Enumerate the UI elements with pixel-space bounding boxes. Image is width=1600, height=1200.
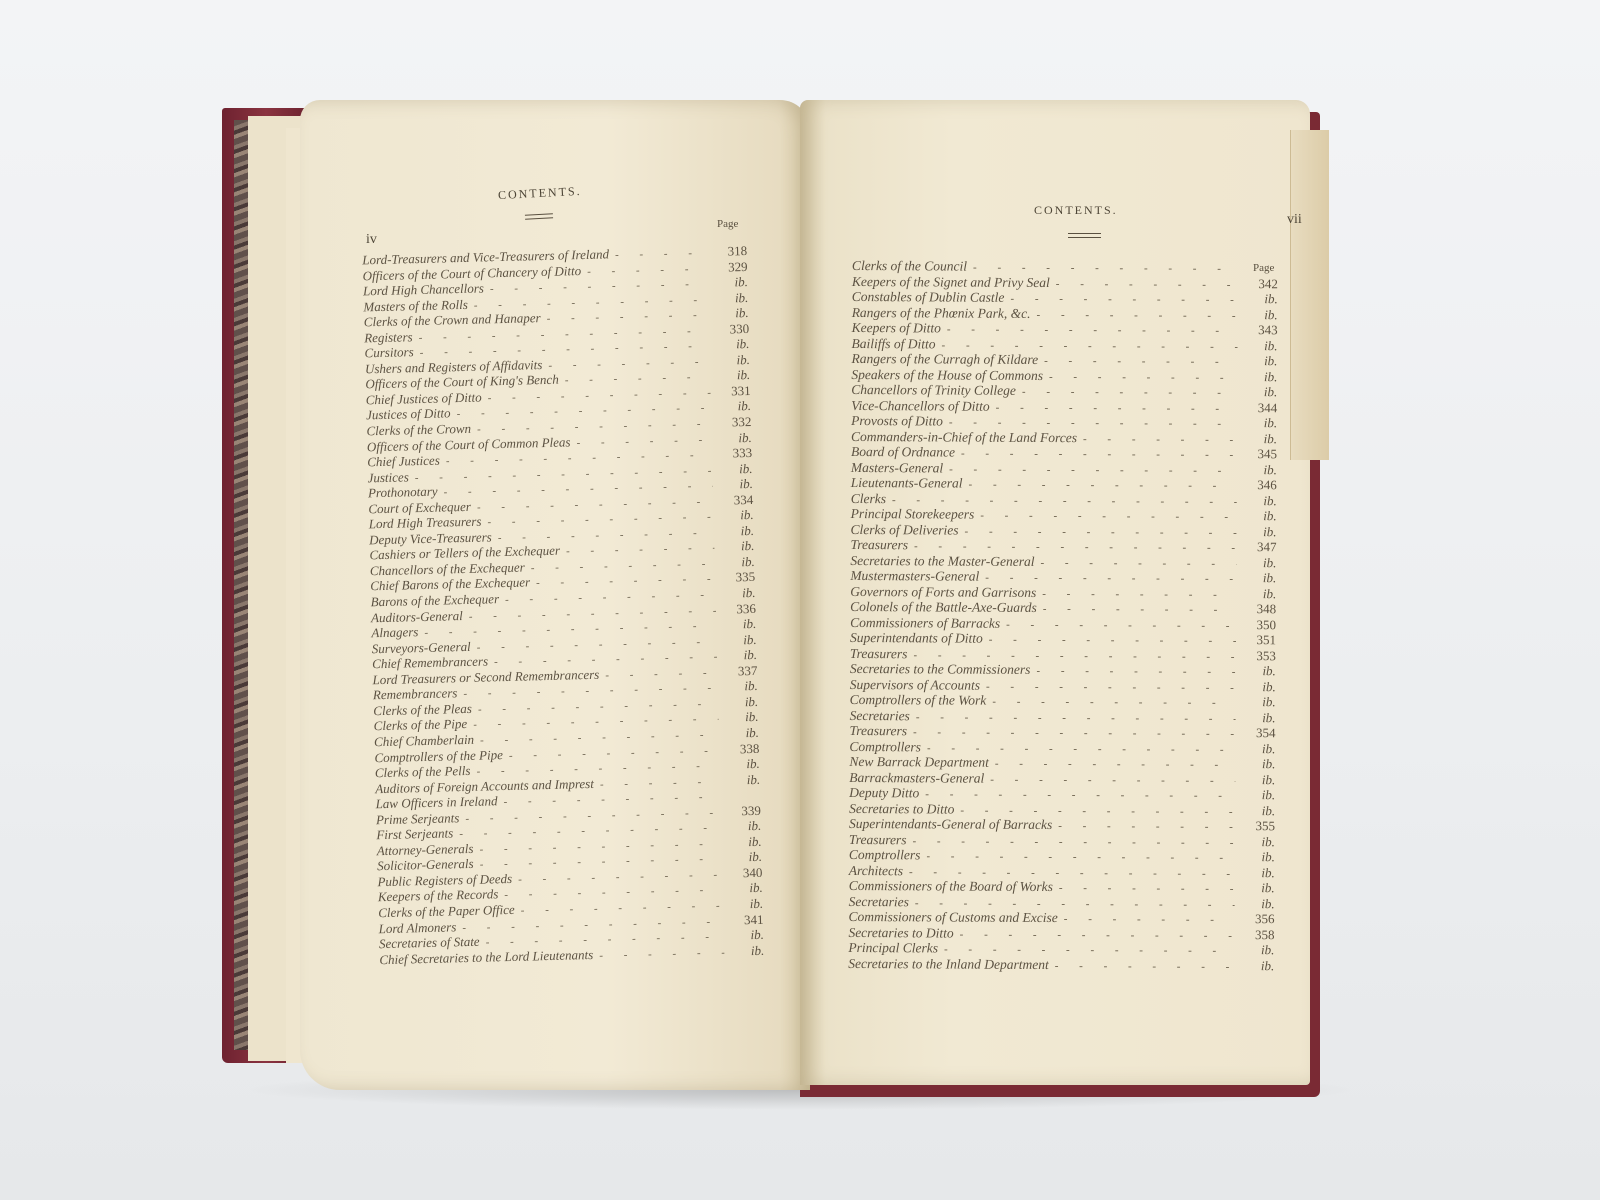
toc-entry-page: ib. [714, 290, 748, 306]
leader-dots [912, 834, 1235, 851]
toc-entry-page: ib. [715, 305, 749, 321]
leader-dots [1022, 385, 1237, 402]
leader-dots [1036, 664, 1235, 681]
toc-entry-page: ib. [718, 430, 752, 446]
leader-dots [947, 322, 1238, 339]
toc-entry-title: Treasurers [850, 537, 908, 553]
toc-entry-page: ib. [1242, 555, 1276, 571]
toc-entry-page: ib. [1241, 803, 1275, 819]
leader-dots [1049, 370, 1237, 386]
toc-entry-title: New Barrack Department [849, 754, 989, 770]
toc-entry-page: ib. [721, 585, 755, 601]
toc-entry-title: Clerks of the Council [852, 258, 967, 274]
toc-entry-title: Bailiffs of Ditto [852, 335, 936, 351]
toc-entry-title: First Serjeants [376, 826, 453, 843]
toc-entry-page: 356 [1241, 911, 1275, 927]
toc-entry-page: 330 [715, 321, 749, 337]
toc-entry-page: 341 [729, 911, 763, 927]
toc-entry-title: Keepers of Ditto [852, 320, 941, 336]
toc-entry-page: ib. [1243, 415, 1277, 431]
toc-entry-page: 344 [1243, 400, 1277, 416]
toc-entry-title: Treasurers [849, 723, 907, 739]
toc-entry-page: ib. [730, 927, 764, 943]
leader-dots [996, 400, 1238, 417]
toc-entry-page: ib. [1242, 694, 1276, 710]
toc-entry-page: ib. [1240, 958, 1274, 974]
leader-dots [1042, 587, 1236, 604]
toc-entry-page: ib. [720, 538, 754, 554]
toc-entry-page: ib. [1241, 880, 1275, 896]
toc-entry-page: 351 [1242, 632, 1276, 648]
leader-dots [961, 447, 1237, 464]
toc-entry-page: ib. [1242, 663, 1276, 679]
right-running-head: CONTENTS. [1034, 203, 1118, 218]
leader-dots [1064, 912, 1235, 928]
leader-dots [1083, 432, 1237, 448]
toc-entry-title: Deputy Ditto [849, 785, 919, 801]
toc-entry-page: ib. [1241, 756, 1275, 772]
toc-entry-page: ib. [720, 523, 754, 539]
toc-entry-page: ib. [1241, 849, 1275, 865]
toc-entry-page: ib. [1242, 586, 1276, 602]
toc-entry-page: ib. [1242, 679, 1276, 695]
toc-entry-title: Speakers of the House of Commons [851, 366, 1043, 383]
toc-entry-page: ib. [724, 694, 758, 710]
leader-dots [913, 725, 1236, 742]
toc-entry-page: ib. [1243, 353, 1277, 369]
toc-entry-page: 354 [1241, 725, 1275, 741]
leader-dots [1044, 354, 1237, 371]
toc-entry-page: ib. [724, 709, 758, 725]
toc-entry-title: Comptrollers [849, 847, 921, 863]
toc-entry-page: ib. [1241, 772, 1275, 788]
toc-entry-page: ib. [729, 880, 763, 896]
toc-entry-page: ib. [715, 336, 749, 352]
right-folio: vii [1287, 212, 1302, 228]
leader-dots [925, 787, 1235, 804]
toc-entry-page: 339 [727, 803, 761, 819]
toc-entry-page: 346 [1243, 477, 1277, 493]
leader-dots [1043, 602, 1236, 619]
leader-dots [1006, 617, 1236, 634]
toc-entry-title: Rangers of the Phœnix Park, &c. [852, 304, 1031, 320]
toc-entry-page: ib. [1244, 338, 1278, 354]
toc-entry-title: Commanders-in-Chief of the Land Forces [851, 428, 1077, 445]
leader-dots [969, 478, 1237, 495]
folded-page-corner [1290, 130, 1329, 460]
toc-entry-page: ib. [1243, 493, 1277, 509]
toc-entry-page: ib. [730, 942, 764, 958]
toc-entry-page: 350 [1242, 617, 1276, 633]
toc-entry-page: 335 [721, 569, 755, 585]
toc-entry-page: ib. [723, 632, 757, 648]
toc-entry-page: ib. [1241, 834, 1275, 850]
toc-entry-title: Auditors-General [371, 608, 463, 626]
leader-dots [926, 849, 1235, 866]
leader-dots [1056, 277, 1238, 293]
toc-entry-title: Masters-General [851, 459, 943, 475]
toc-entry-page: ib. [1242, 570, 1276, 586]
toc-entry-title: Prothonotary [368, 484, 438, 501]
toc-entry-page: ib. [1244, 307, 1278, 323]
toc-entry-page: ib. [719, 476, 753, 492]
toc-entry-page: ib. [729, 896, 763, 912]
toc-entry-page: 337 [723, 663, 757, 679]
leader-dots [986, 679, 1236, 696]
leader-dots [965, 524, 1237, 541]
right-head-rule [1068, 233, 1101, 238]
toc-entry-title: Treasurers [850, 645, 908, 661]
toc-entry-page: 318 [713, 243, 747, 259]
toc-entry-page: ib. [725, 725, 759, 741]
toc-entry-title: Barrackmasters-General [849, 769, 984, 785]
toc-entry-title: Law Officers in Ireland [375, 793, 497, 812]
toc-entry-title: Rangers of the Curragh of Kildare [851, 351, 1038, 367]
leader-dots [1055, 959, 1235, 975]
toc-entry-title: Secretaries to the Inland Department [848, 955, 1049, 972]
toc-entry-page: 358 [1240, 927, 1274, 943]
toc-entry-page: ib. [721, 554, 755, 570]
toc-entry-title: Secretaries [850, 707, 910, 723]
toc-entry-page: ib. [1243, 431, 1277, 447]
left-page-column-header: Page [717, 218, 738, 230]
toc-entry-title: Secretaries to the Commissioners [850, 661, 1031, 677]
toc-entry-page: ib. [723, 647, 757, 663]
toc-entry-page: 340 [728, 865, 762, 881]
toc-entry-page: ib. [1241, 896, 1275, 912]
toc-entry-title: Justices [367, 469, 409, 486]
toc-entry-page: 345 [1243, 446, 1277, 462]
toc-entry-page: ib. [727, 834, 761, 850]
toc-entry-page: ib. [716, 367, 750, 383]
toc-entry-title: Commissioners of Customs and Excise [849, 909, 1058, 926]
toc-entry-title: Secretaries to Ditto [849, 800, 954, 816]
toc-entry-title: Architects [849, 862, 903, 878]
toc-entry-page: 347 [1242, 539, 1276, 555]
leader-dots [599, 945, 724, 964]
toc-entry-title: Superintendants of Ditto [850, 630, 983, 646]
toc-entry-page: ib. [1242, 710, 1276, 726]
toc-entry-title: Treasurers [849, 831, 907, 847]
leader-dots [1010, 292, 1237, 309]
toc-entry-page: 338 [725, 740, 759, 756]
left-folio: iv [366, 232, 377, 248]
toc-entry-page: ib. [728, 849, 762, 865]
toc-entry-title: Secretaries to the Master-General [850, 552, 1034, 568]
leader-dots [1037, 307, 1238, 324]
leader-dots [949, 462, 1237, 479]
toc-entry-title: Chancellors of Trinity College [851, 382, 1016, 398]
toc-entry-page: ib. [727, 818, 761, 834]
toc-entry-page: ib. [722, 616, 756, 632]
toc-entry-page: ib. [717, 398, 751, 414]
toc-entry-title: Superintendants-General of Barracks [849, 816, 1052, 833]
toc-entry-title: Vice-Chancellors of Ditto [851, 397, 990, 413]
toc-entry-page: ib. [726, 756, 760, 772]
toc-entry-title: Comptrollers of the Pipe [374, 747, 503, 766]
toc-entry-title: Chief Justices [367, 453, 440, 470]
toc-entry-title: Registers [364, 329, 413, 346]
toc-entry-page: 342 [1244, 276, 1278, 292]
toc-entry-page: ib. [1243, 384, 1277, 400]
leader-dots [916, 710, 1236, 727]
toc-entry-page: ib. [1241, 741, 1275, 757]
toc-entry-title: Barons of the Exchequer [370, 591, 499, 610]
toc-entry-page: 355 [1241, 818, 1275, 834]
toc-entry-page: ib. [1244, 291, 1278, 307]
toc-entry-page: ib. [718, 461, 752, 477]
toc-entry-page: 332 [717, 414, 751, 430]
toc-entry-page: 336 [722, 600, 756, 616]
toc-entry-title: Secretaries [849, 893, 909, 909]
toc-entry-title: Chief Justices of Ditto [366, 389, 482, 407]
right-toc-list: Clerks of the Council Keepers of the Sig… [848, 258, 1278, 973]
toc-entry-page: ib. [1243, 524, 1277, 540]
toc-entry-title: Comptrollers [849, 738, 921, 754]
toc-entry-title: Alnagers [371, 624, 418, 641]
leader-dots [980, 509, 1236, 526]
toc-entry-title: Supervisors of Accounts [850, 676, 980, 692]
toc-entry-title: Clerks of Deliveries [851, 521, 959, 537]
toc-entry-page: ib. [1243, 369, 1277, 385]
toc-entry-page: 333 [718, 445, 752, 461]
toc-entry-title: Secretaries to Ditto [848, 924, 953, 940]
toc-entry-page: ib. [1240, 942, 1274, 958]
toc-entry-title: Colonels of the Battle-Axe-Guards [850, 599, 1037, 615]
leader-dots [989, 633, 1236, 650]
toc-entry-title: Principal Storekeepers [851, 506, 975, 522]
toc-entry-page: 331 [716, 383, 750, 399]
open-book: CONTENTS. iv Page Lord-Treasurers and Vi… [0, 0, 1600, 1200]
toc-entry-title: Governors of Forts and Garrisons [850, 583, 1036, 599]
toc-entry-title: Principal Clerks [848, 940, 938, 956]
toc-entry-title: Commissioners of the Board of Works [849, 878, 1053, 895]
leader-dots [990, 772, 1235, 789]
toc-entry-title: Provosts of Ditto [851, 413, 943, 429]
toc-entry-title: Clerks [851, 490, 886, 506]
leader-dots [1040, 555, 1236, 572]
toc-entry-page [727, 799, 761, 800]
toc-entry-page: ib. [719, 507, 753, 523]
toc-entry-title: Mustermasters-General [850, 568, 979, 584]
toc-entry-title: Lieutenants-General [851, 475, 963, 491]
toc-entry-page: 353 [1242, 648, 1276, 664]
left-toc-list: Lord-Treasurers and Vice-Treasurers of I… [362, 243, 764, 967]
toc-entry-page: ib. [1241, 865, 1275, 881]
toc-entry-title: Constables of Dublin Castle [852, 289, 1005, 305]
toc-entry-title: Keepers of the Signet and Privy Seal [852, 273, 1050, 290]
toc-entry-page: 343 [1244, 322, 1278, 338]
toc-entry-page: ib. [716, 352, 750, 368]
leader-dots [1058, 819, 1235, 835]
toc-entry-page: ib. [1241, 787, 1275, 803]
toc-entry-page: 334 [719, 492, 753, 508]
toc-entry-page: 348 [1242, 601, 1276, 617]
toc-entry-page: ib. [1243, 508, 1277, 524]
toc-entry-title: Cursitors [364, 344, 414, 361]
leader-dots [1059, 881, 1235, 897]
toc-entry-page: ib. [726, 771, 760, 787]
leader-dots [995, 757, 1236, 774]
toc-entry-title: Comptrollers of the Work [850, 692, 987, 708]
toc-entry-page: 329 [713, 259, 747, 275]
toc-entry-title: Commissioners of Barracks [850, 614, 1000, 630]
leader-dots [992, 695, 1235, 712]
toc-entry-title: Board of Ordnance [851, 444, 955, 460]
toc-entry-page: ib. [1243, 462, 1277, 478]
leader-dots [960, 927, 1235, 944]
toc-entry-page: ib. [724, 678, 758, 694]
toc-entry-page: ib. [714, 274, 748, 290]
